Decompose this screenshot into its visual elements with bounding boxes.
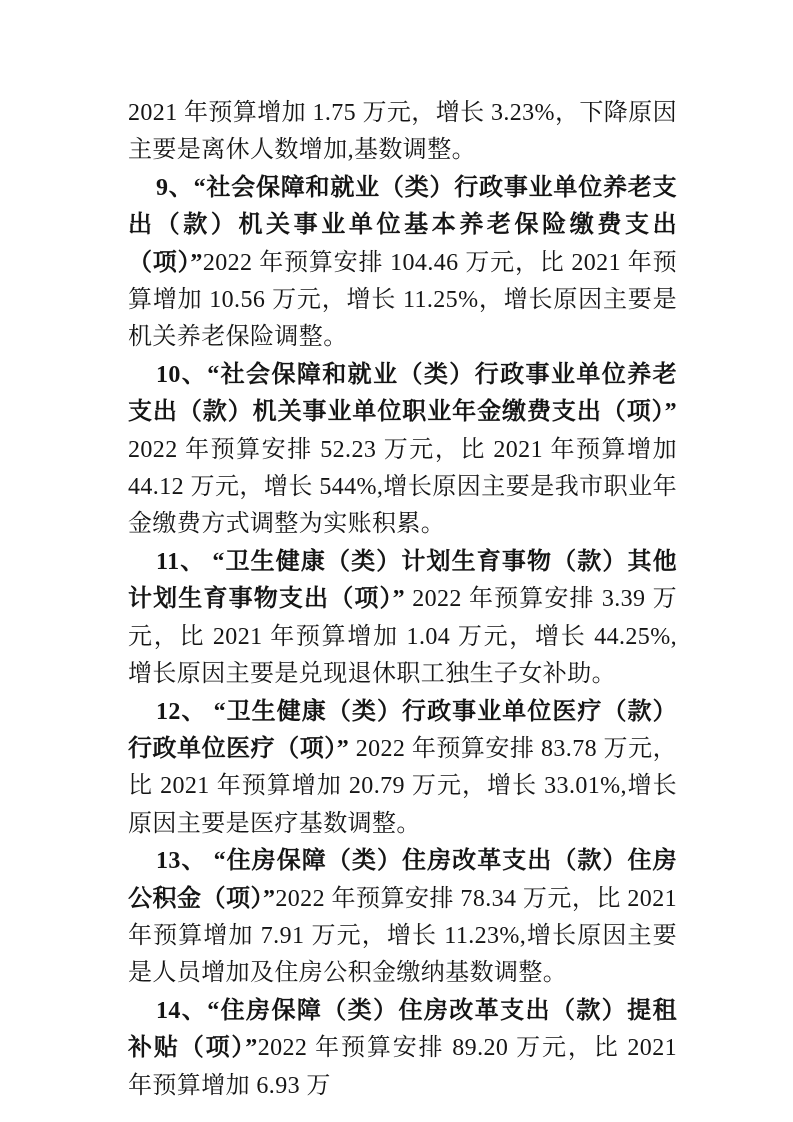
document-body: 2021 年预算增加 1.75 万元，增长 3.23%，下降原因主要是离休人数增… — [128, 95, 677, 1105]
paragraph: 10、“社会保障和就业（类）行政事业单位养老支出（款）机关事业单位职业年金缴费支… — [128, 357, 677, 544]
paragraph: 11、 “卫生健康（类）计划生育事物（款）其他计划生育事物支出（项）” 2022… — [128, 544, 677, 694]
document-page: 2021 年预算增加 1.75 万元，增长 3.23%，下降原因主要是离休人数增… — [0, 0, 793, 1122]
paragraph: 9、“社会保障和就业（类）行政事业单位养老支出（款）机关事业单位基本养老保险缴费… — [128, 170, 677, 357]
budget-item-text: 2022 年预算安排 104.46 万元，比 2021 年预算增加 10.56 … — [128, 250, 677, 351]
paragraph: 13、 “住房保障（类）住房改革支出（款）住房公积金（项）”2022 年预算安排… — [128, 843, 677, 993]
paragraph: 12、 “卫生健康（类）行政事业单位医疗（款）行政单位医疗（项）” 2022 年… — [128, 694, 677, 844]
budget-item-heading: 10、“社会保障和就业（类）行政事业单位养老支出（款）机关事业单位职业年金缴费支… — [128, 362, 677, 425]
paragraph: 2021 年预算增加 1.75 万元，增长 3.23%，下降原因主要是离休人数增… — [128, 95, 677, 170]
budget-item-text: 2021 年预算增加 1.75 万元，增长 3.23%，下降原因主要是离休人数增… — [128, 100, 677, 163]
paragraph: 14、“住房保障（类）住房改革支出（款）提租补贴（项）”2022 年预算安排 8… — [128, 993, 677, 1105]
budget-item-text: 2022 年预算安排 52.23 万元，比 2021 年预算增加 44.12 万… — [128, 437, 677, 538]
